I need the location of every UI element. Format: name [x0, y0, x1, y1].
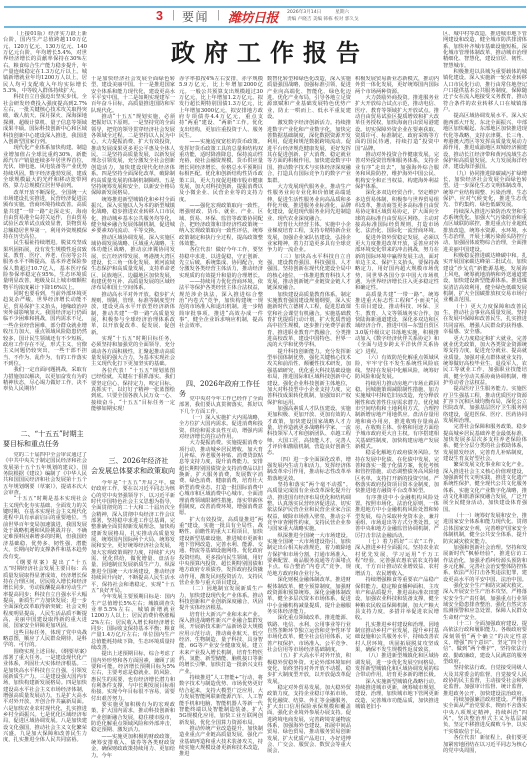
paragraph: （三）加快高水平科技自立自强，建设教育强国、科技强国、人才强国。坚持创新在现代化… — [267, 254, 351, 292]
paragraph: 围绕实现上述目标，《纲要草案》部署了重大任务。一是建设现代化产业体系，巩固壮大实… — [3, 649, 87, 744]
paragraph: 持续加强廉洁政府建设。严格落实全面从严治党要求，锲而不舍落实中央八项规定精神，持… — [443, 697, 527, 735]
section-heading-2: 二、“十五五”时期主要目标和重点任务 — [3, 429, 87, 449]
paragraph: 积极稳妥推进碳达峰碳中和。扎实开展国家碳达峰第二批试点，加快建设“沙戈荒”新能源… — [443, 253, 527, 304]
paragraph: 今年是“十五五”开局之年。做好政府工作，要在以习近平同志为核心的党中央坚强领导下… — [91, 480, 175, 594]
column-5-text: 积极发展贸易新业态新模式，推动内外贸一体化发展，更好统筹国内国际两个市场两种资源… — [355, 76, 439, 773]
paragraph: 各位代表！“十五五”规划蓝图已经绘就，关键在于狠抓落实。我们要坚定信心、保持定力… — [91, 368, 175, 412]
issue-date: 2026年3月14日 — [287, 10, 321, 15]
paragraph: 纵深推进全国统一大市场建设。实施全国统一大市场建设指引，加快制定出台相关标准规范… — [267, 533, 351, 577]
paragraph: 加强高素质人才队伍建设。实施更加积极、更加开放、更加有效的人才政策，加快建设国家… — [267, 406, 351, 457]
column-2-text-top: 十是加快经济社会发展全面绿色转型，建设美丽中国。十一是推进国家安全体系和能力现代… — [91, 76, 175, 451]
paragraph: 党中央对今年工作已经作了全面部署，我们要认真贯彻落实，抓好以下几个方面工作。 — [179, 396, 263, 415]
paragraph: 加快建设高质量教育体系。制定实施教育强国建设规划纲要，深入实施新时代立德树人工程… — [267, 292, 351, 349]
paragraph: 扎实推进乡村建设和治理。因地制宜推动乡村产业发展，提升乡村基础设施和公共服务水平… — [355, 622, 439, 654]
section-heading-3: 三、2026年经济社会发展总体要求和政策取向 — [91, 456, 175, 476]
column-1-text-bottom: 党的二十届四中全会审议通过了《中共中央关于制定国民经济和社会发展第十五个五年规划… — [3, 452, 87, 773]
paragraph: 大力鼓励外商投资。推进服务业扩大开放综合试点示范，推动电信、医疗、教育等领域扩大… — [355, 95, 439, 152]
paragraph: 积极发展贸易新业态新模式，推动内外贸一体化发展，更好统筹国内国际两个市场两种资源… — [355, 76, 439, 95]
paragraph: 强化安全生产和防灾减灾救灾。深入开展安全生产治本攻坚，严格落实安全生产责任制，加… — [443, 583, 527, 621]
paragraph: 推动对外投资合作健康发展。完善对外投资管理和服务体系，支持企业有序“走出去”，加… — [355, 152, 439, 190]
paragraph: 《纲要草案》提出了“十五五”时期经济社会发展主要目标：高质量发展取得显著成效，经… — [3, 560, 87, 630]
paragraph: 激发数字经济创新活力。持续推进数字产业化和产业数字化，加快完善数据基础制度，深化… — [267, 120, 351, 183]
paragraph: 改革开放不断深化。全国统一大市场建设扎实推进，民营经济促进法颁布实施，营商环境持… — [3, 190, 87, 241]
paragraph: （十二）全面加强政府建设，提高依法行政和履职能力。各级政府要深刻领悟“两个确立”… — [443, 621, 527, 665]
paragraph: 今年发展主要预期目标是：国内生产总值增长5%左右；城镇调查失业率5.5%左右，城… — [91, 594, 175, 651]
header-separator: | — [172, 9, 175, 21]
paragraph: 更大力度稳定和扩大就业。完善就业优先政策，加大各类资金资源统筹支持力度，促进充分… — [443, 336, 527, 387]
paragraph: 赤字率拟按4%左右安排，赤字规模5.9万亿元，比上年增加2000亿元。一般公共预… — [179, 76, 263, 139]
paragraph: ——实施更加积极的财政政策。统筹安排收入、债券等各类财政资金，确保财政政策持续用… — [91, 734, 175, 759]
paragraph: 有序推进中小金融机构风险处置。按照市场化、法治化原则，一体推进地方中小金融机构风… — [355, 495, 439, 539]
paragraph: 深化多双边经贸合作。坚定维护多边贸易体制，积极参与世界贸易组织改革，推动商签更多… — [355, 190, 439, 234]
paragraph: 持续增强粮食等重要农产品稳产保供能力。稳定粮食播种面积，主攻单产和品质提升，推进… — [355, 577, 439, 621]
paragraph: 十是加快经济社会发展全面绿色转型，建设美丽中国。十一是推进国家安全体系和能力现代… — [91, 76, 175, 114]
paragraph: ——实施适度宽松的货币政策。发挥好货币政策工具的总量和结构双重功能，适时降准降息… — [179, 139, 263, 202]
article-title: 政府工作报告 — [91, 38, 440, 68]
paragraph: 统筹推进新型城镇化和乡村全面振兴。深入实施以人为本的新型城镇化战略，稳步推进农业… — [91, 197, 175, 235]
newspaper-logo: 潍坊日报 — [228, 7, 278, 26]
paragraph: 推动“十五五”规划实施，必须把握好以下原则。一是坚持党的全面领导，把党的领导贯穿… — [91, 114, 175, 196]
paragraph: 积极推进以县城为重要载体的城镇化建设。深入实施新一轮农业转移人口市民化行动，推行… — [443, 69, 527, 113]
newspaper-page: 3 | 要闻 | 潍坊日报 2026年3月14日星期六 责编 卢晓吉 美编 韩栋… — [0, 0, 530, 773]
paragraph: 培育壮大新兴产业和未来产业。深入推进战略性新兴产业融合集群发展，开展新技术新产品… — [179, 612, 263, 675]
paragraph: （五）扩大高水平对外开放，积极稳外贸稳外资。无论外部环境如何变化，始终坚持对外开… — [267, 653, 351, 685]
paragraph: 区、城中村等改造，推进城市地下管网建设和改造，健全城市防洪排涝体系，加快补齐城市… — [443, 31, 527, 69]
paragraph: 完善社会保障和服务政策。稳步提高城乡居民基础养老金最低标准，加快发展多层次多支柱… — [443, 424, 527, 462]
paragraph: 持续用力推动房地产市场止跌回稳。因城施策调减限制性措施，加力实施城中村和危旧房改… — [355, 381, 439, 451]
paragraph: 同时也要看到，当前外部环境更趋复杂严峻，世界经济增长动能不足，贸易保护主义抬头，… — [3, 291, 87, 367]
paragraph: 大力提振消费。实施提振消费专项行动，推动城乡居民增收，加大育儿补贴、养老服务补贴… — [179, 440, 263, 516]
paragraph: （十一）统筹好发展和安全，推进国家安全体系和能力现代化。贯彻总体国家安全观，完善… — [443, 513, 527, 545]
paragraph: （六）有效防范化解重点领域风险，牢牢守住不发生系统性风险底线。坚持在发展中化解风… — [355, 355, 439, 380]
column-2-text-bottom: 今年是“十五五”开局之年。做好政府工作，要在以习近平同志为核心的党中央坚强领导下… — [91, 480, 175, 773]
paragraph: 坚持依法行政。自觉接受同级人大及其常委会的监督，自觉接受人民政协的民主监督，主动… — [443, 665, 527, 697]
paragraph: （四）进一步全面深化改革，增强发展内生动力和活力。发挥经济体制改革牵引作用，推动… — [267, 457, 351, 482]
paragraph: 这些目标任务，体现了党中央战略意图，顺应了人民群众期待，是科学的、可行的。 — [3, 630, 87, 649]
page-number: 3 — [156, 9, 163, 23]
paragraph: 推动传统产业改造提升。加快制造业重点产业链高质量发展，强化产业基础再造和重大技术… — [179, 726, 263, 758]
header-bottom-rule — [4, 26, 526, 28]
paragraph: （七）着力抓好“三农”工作，深入推进乡村全面振兴。坚持农业农村优先发展，学习运用… — [355, 539, 439, 577]
paragraph: 深化重点领域改革。推进能源、铁路、电信、水利、公用事业等行业自然垄断环节独立运营… — [267, 615, 351, 653]
paragraph: 坚持和落实“两个毫不动摇”。高质量完成国有企业改革深化提升行动，推进国有经济布局… — [267, 482, 351, 533]
section-name: 要闻 — [182, 8, 209, 25]
paragraph: （上接01版）经济实力跃上新台阶，国内生产总值跨越110万亿元、120万亿元、1… — [3, 31, 87, 94]
paragraph: 数智化转型和绿色化改造，深入实施质量强国战略，加强标准引领，促进产业向高端化、智… — [267, 76, 351, 120]
paragraph: 各位代表！新征程上，我们要更加紧密地团结在以习近平同志为核心的党中央周围， — [443, 735, 527, 754]
column-3-text-bottom: 党中央对今年工作已经作了全面部署，我们要认真贯彻落实，抓好以下几个方面工作。（一… — [179, 396, 263, 773]
paragraph: 繁荣发展文化事业和文化产业。深入推进社会主义核心价值观建设，加强新时代文明实践，… — [443, 462, 527, 513]
paragraph: ——强化宏观政策取向一致性。增强财政、货币、就业、产业、区域、贸易、环保、监管等… — [179, 203, 263, 247]
paragraph: “十五五”时期是基本实现社会主义现代化夯实基础、全面发力的关键时期，在基本实现社… — [3, 496, 87, 559]
paragraph: 培育壮大经营主体。实施中小企业梯度培育工程，支持专精特新企业发展，加强企业家队伍… — [267, 222, 351, 254]
paragraph: 稳定对外贸易发展。加大稳外贸政策力度，支持企业稳订单拓市场。优化融资、结算、外汇… — [267, 685, 351, 755]
column-6-text: 区、城中村等改造，推进城市地下管网建设和改造，健全城市防洪排涝体系，加快补齐城市… — [443, 31, 527, 773]
date-block: 2026年3月14日星期六 责编 卢晓吉 美编 韩栋 校对 郭久戈 — [287, 9, 359, 23]
paragraph: 稳妥化解地方政府债务风险。坚持在发展中化债、在化债中发展，完善和落实一揽子化债方… — [355, 450, 439, 494]
paragraph: 深化财税金融体制改革。推进财税体制改革，健全预算制度，加强财政资源和预算统筹。深… — [267, 577, 351, 615]
paragraph: 民生福祉持续增进。脱贫攻坚成果巩固拓展，没有发生规模性返贫致贫。教育、医疗、养老… — [3, 240, 87, 291]
paragraph: 科技自立自强迈出坚实步伐。全社会研发经费投入强度提高到2.7%左右，一批关键核心… — [3, 94, 87, 145]
paragraph: 我们一定直面问题挑战，采取有力措施加以解决，以更加奋发有为的精神状态，尽心竭力做… — [3, 367, 87, 392]
paragraph: （八）推进新型城镇化和区域协调发展，进一步优化发展空间格局。发挥新型城镇化和区域… — [355, 653, 439, 678]
paragraph: 提高区域协调发展水平。深入实施西部大开发、东北全面振兴、中部地区加快崛起、东部地… — [443, 113, 527, 170]
column-1-text-top: （上接01版）经济实力跃上新台阶，国内生产总值跨越110万亿元、120万亿元、1… — [3, 31, 87, 425]
editors-line: 责编 卢晓吉 美编 韩栋 校对 郭久戈 — [287, 16, 359, 23]
paragraph: 现代化产业体系加快构建。制造业增加值占全球比重约30%，新能源汽车产销量连续多年… — [3, 145, 87, 189]
paragraph: 深入实施新型城镇化战略行动。持续推进城市更新，统筹城市规划、建设、治理，加快城市… — [355, 679, 439, 711]
paragraph: 推动高水平对外开放。稳步扩大规则、规制、管理、标准等制度型开放，建设更高水平开放… — [91, 292, 175, 336]
paragraph: （十）更大力度保障和改善民生，推动社会事业高质量发展。坚持在发展中保障和改善民生… — [443, 304, 527, 336]
paragraph: 加强和创新社会治理。坚持和发展新时代“枫桥经验”，推进信访工作法治化，加强矛盾纠… — [443, 545, 527, 583]
paragraph: （九）协同推进降碳减污扩绿增长，加快经济社会发展全面绿色转型。进一步深化生态文明… — [443, 171, 527, 209]
paragraph: （二）因地制宜发展新质生产力，加快建设现代化产业体系。推动科技创新和产业创新深度… — [179, 586, 263, 611]
column-3-text-top: 赤字率拟按4%左右安排，赤字规模5.9万亿元，比上年增加2000亿元。一般公共预… — [179, 76, 263, 368]
paragraph: 高质量共建“一带一路”。统筹推进重大标志性工程和“小而美”民生项目建设，推动科技… — [355, 292, 439, 355]
paragraph: 促进外资外贸稳定发展，必须以更大力度推进改革开放，妥善应对外部环境变化带来的冲击… — [355, 235, 439, 292]
paragraph: 提升科技创新能力。充分发挥新型举国体制优势，强化关键核心技术攻关和前沿性、颠覆性… — [267, 349, 351, 406]
paragraph: 各位代表！做好今年工作，要坚持稳中求进、以进促稳，守正创新、先立后破，系统集成、… — [179, 247, 263, 279]
paragraph: 党的二十届四中全会审议通过了《中共中央关于制定国民经济和社会发展第十五个五年规划… — [3, 452, 87, 496]
paragraph: 提出上述预期目标，综合考虑了国内外形势和各方面因素，兼顾了需要和可能。经济增长预… — [91, 651, 175, 702]
date-line: 2026年3月14日星期六 — [287, 9, 359, 16]
paragraph: （一）深入实施扩大内需战略，全方位扩大国内需求。促进消费和投资、供给和需求良性互… — [179, 415, 263, 440]
weekday: 星期六 — [335, 10, 349, 15]
paragraph: 要实施更加积极有为的宏观政策，扩大国内需求，推动科技创新和产业创新融合发展，稳住… — [91, 702, 175, 734]
paragraph: 持续推进“人工智能+”行动，将数字技术与制造优势、市场优势更好结合起来，支持大模… — [179, 675, 263, 726]
paragraph: 大力发展现代服务业。推动生产性服务业向专业化和价值链高端延伸，促进生活性服务业向… — [267, 184, 351, 222]
paragraph: 扩大有效投资。高质量推进“两重”建设，实施一批具有全局性、战略性、前瞻性的重大工… — [179, 517, 263, 587]
paragraph: 持续深入推进污染防治攻坚和生态系统优化。加强大气污染防治和重点区域联防联控，推进… — [443, 209, 527, 253]
paragraph: ——持续用力优化营商环境。依法平等保护各类经营主体合法权益，规范涉企执法，深入推… — [179, 279, 263, 330]
header-separator: | — [217, 9, 220, 21]
paragraph: 推动区域协调发展。深入实施区域协调发展战略、区域重大战略、主体功能区战略，推动京… — [91, 235, 175, 292]
paragraph: 提高医疗卫生服务能力。实施医疗卫生强基工程，推动优质医疗资源扩容下沉和区域均衡布… — [443, 386, 527, 424]
column-4-text: 数智化转型和绿色化改造，深入实施质量强国战略，加强标准引领，促进产业向高端化、智… — [267, 76, 351, 773]
paragraph: 实现“十五五”时期目标任务，必须坚持和加强党的全面领导，充分调动各方面积极性，汇… — [91, 336, 175, 368]
